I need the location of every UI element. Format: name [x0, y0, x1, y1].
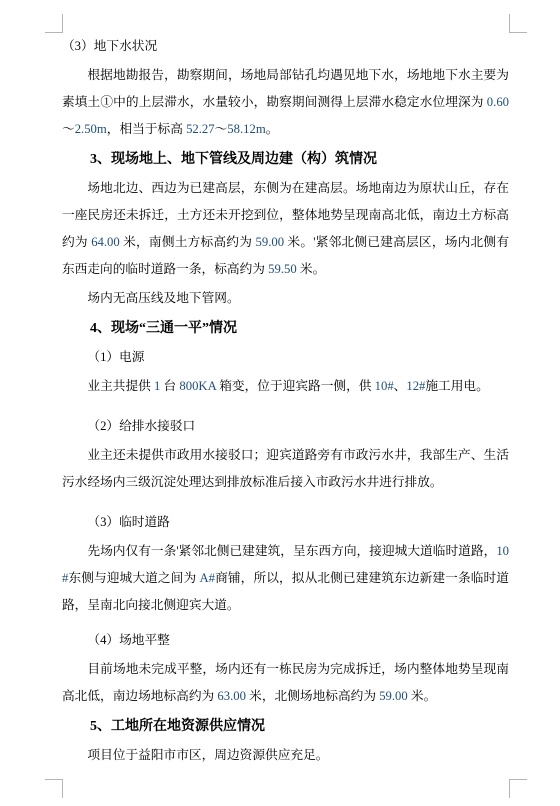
- text-run: 米，南侧土方标高约为: [120, 235, 256, 249]
- measurement-value: 58.12m: [227, 122, 265, 136]
- subheading-power: （1）电源: [62, 344, 509, 371]
- measurement-value: 2.50m: [75, 122, 107, 136]
- text-boundary-mark-top-right: [509, 14, 527, 33]
- measurement-value: 63.00: [217, 689, 246, 703]
- text-boundary-mark-top-left: [45, 14, 63, 33]
- subheading-groundwater: （3）地下水状况: [62, 33, 509, 60]
- text-run: 业主共提供: [87, 379, 154, 393]
- para-leveling: 目前场地未完成平整，场内还有一栋民房为完成拆迁，场内整体地势呈现南高北低，南边场…: [62, 656, 509, 710]
- text-run: ，相当于标高: [107, 122, 186, 136]
- subheading-temp-road: （3）临时道路: [62, 509, 509, 536]
- text-run: 。: [266, 122, 279, 136]
- subheading-drainage: （2）给排水接驳口: [62, 413, 509, 440]
- text-run: （2）给排水接驳口: [87, 419, 195, 433]
- text-run: 东侧与迎城大道之间为: [68, 571, 199, 585]
- text-run: 4、现场“三通一平”情况: [90, 321, 237, 336]
- text-run: 根据地勘报告，勘察期间，场地局部钻孔均遇见地下水，场地地下水主要为素填土①中的上…: [62, 68, 509, 109]
- measurement-value: 59.00: [256, 235, 285, 249]
- text-run: 米。: [297, 262, 326, 276]
- heading-section-5: 5、工地所在地资源供应情况: [62, 713, 509, 740]
- measurement-value: 12#: [406, 379, 425, 393]
- text-run: （1）电源: [87, 350, 144, 364]
- text-run: 台: [160, 379, 179, 393]
- measurement-value: A#: [200, 571, 216, 585]
- text-run: （3）临时道路: [87, 515, 169, 529]
- measurement-value: 52.27: [186, 122, 215, 136]
- para-site-surroundings: 场地北边、西边为已建高层，东侧为在建高层。场地南边为原状山丘，存在一座民房还未拆…: [62, 175, 509, 283]
- para-groundwater: 根据地勘报告，勘察期间，场地局部钻孔均遇见地下水，场地地下水主要为素填土①中的上…: [62, 62, 509, 143]
- text-run: 米，北侧场地标高约为: [246, 689, 379, 703]
- measurement-value: 64.00: [91, 235, 120, 249]
- para-power: 业主共提供 1 台 800KA 箱变，位于迎宾路一侧，供 10#、12#施工用电…: [62, 373, 509, 400]
- text-run: 3、现场地上、地下管线及周边建（构）筑情况: [90, 152, 377, 167]
- text-run: 施工用电。: [425, 379, 488, 393]
- text-run: 场内无高压线及地下管网。: [87, 291, 239, 305]
- text-run: ～: [215, 122, 228, 136]
- text-run: （4）场地平整: [87, 633, 169, 647]
- text-boundary-mark-bottom-left: [45, 779, 63, 798]
- measurement-value: 59.00: [379, 689, 408, 703]
- document-body: （3）地下水状况根据地勘报告，勘察期间，场地局部钻孔均遇见地下水，场地地下水主要…: [62, 33, 509, 769]
- measurement-value: 0.60: [487, 95, 509, 109]
- document-page: （3）地下水状况根据地勘报告，勘察期间，场地局部钻孔均遇见地下水，场地地下水主要…: [0, 0, 560, 806]
- para-resources: 项目位于益阳市市区，周边资源供应充足。: [62, 742, 509, 769]
- text-run: 、: [394, 379, 407, 393]
- measurement-value: 59.50: [268, 262, 297, 276]
- text-run: 业主还未提供市政用水接驳口；迎宾道路旁有市政污水井，我部生产、生活污水经场内三级…: [62, 448, 509, 489]
- text-run: 项目位于益阳市市区，周边资源供应充足。: [87, 748, 328, 762]
- heading-section-3: 3、现场地上、地下管线及周边建（构）筑情况: [62, 146, 509, 173]
- subheading-leveling: （4）场地平整: [62, 627, 509, 654]
- para-drainage: 业主还未提供市政用水接驳口；迎宾道路旁有市政污水井，我部生产、生活污水经场内三级…: [62, 442, 509, 496]
- text-run: ～: [62, 122, 75, 136]
- text-run: 米。: [408, 689, 437, 703]
- heading-section-4: 4、现场“三通一平”情况: [62, 315, 509, 342]
- text-run: 先场内仅有一条'紧邻北侧已建建筑，呈东西方向，接迎城大道临时道路，: [87, 544, 496, 558]
- text-run: 箱变，位于迎宾路一侧，供: [216, 379, 375, 393]
- para-no-powerlines: 场内无高压线及地下管网。: [62, 285, 509, 312]
- measurement-value: 800KA: [179, 379, 216, 393]
- text-run: （3）地下水状况: [62, 39, 157, 53]
- text-boundary-mark-bottom-right: [509, 779, 527, 798]
- measurement-value: 10#: [375, 379, 394, 393]
- para-temp-road: 先场内仅有一条'紧邻北侧已建建筑，呈东西方向，接迎城大道临时道路，10#东侧与迎…: [62, 538, 509, 619]
- text-run: 5、工地所在地资源供应情况: [90, 719, 265, 734]
